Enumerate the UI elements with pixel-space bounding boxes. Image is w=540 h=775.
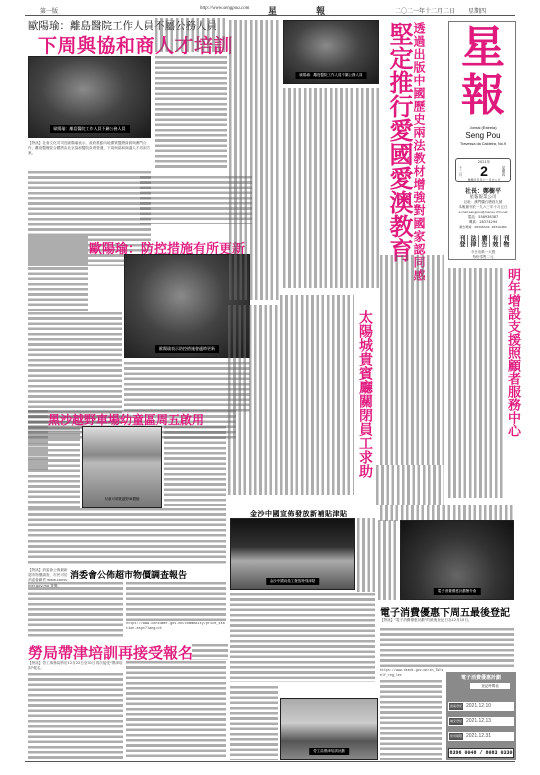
article1-photo[interactable]: 歐陽瑜：離島醫院工作人員不屬公務人員 bbox=[28, 56, 151, 138]
slogan-5: 刊物 bbox=[500, 235, 509, 247]
article8-body-col2 bbox=[126, 582, 226, 622]
center-vertical-text2 bbox=[283, 88, 379, 288]
article4-body bbox=[448, 268, 503, 498]
promo-row-1-label: 最後登記 bbox=[449, 703, 463, 710]
article6-photo-caption: 兒童可駕駛越野車體驗 bbox=[101, 496, 144, 503]
masthead-email[interactable]: e-mail:sengpou@macau.ctm.net bbox=[449, 210, 517, 214]
article6-body-bottom bbox=[28, 508, 226, 538]
article7-photo[interactable]: 金沙中國向員工發放特別津貼 bbox=[230, 518, 355, 590]
article9-photo-caption: 電子消費優惠計劃簡介會 bbox=[434, 588, 481, 595]
slogan-1: 刊登 bbox=[457, 235, 465, 247]
article8-url[interactable]: https://www.consumer.gov.mo/commodity/pr… bbox=[126, 622, 226, 636]
site-url[interactable]: http://www.sengpou.com bbox=[200, 6, 249, 11]
issue-weekday: 星期四 bbox=[468, 6, 486, 15]
promo-row-3-date: 2021.12.31 bbox=[466, 733, 491, 740]
article9-photo[interactable]: 電子消費優惠計劃簡介會 bbox=[400, 520, 514, 600]
slogan-2: 法律 bbox=[467, 235, 476, 247]
masthead-price: 每份零售二元 bbox=[449, 255, 517, 260]
article9-pre-text bbox=[380, 505, 514, 521]
article9-side-text bbox=[378, 520, 398, 600]
promo-row-2: 補充登記 2021.12.13 bbox=[448, 717, 514, 726]
article10-photo-caption: 勞工局帶津培訓計劃 bbox=[309, 748, 349, 755]
article6-photo[interactable]: 兒童可駕駛越野車體驗 bbox=[82, 426, 162, 508]
article5-headline[interactable]: 太陽城貴賓廳關閉員工求助 bbox=[357, 310, 372, 478]
article10-body-col1 bbox=[28, 673, 123, 760]
article9-url[interactable]: https://www.dsedt.gov.mo/zh_TW/self_reg_… bbox=[380, 668, 444, 678]
article8-pre-text bbox=[28, 540, 226, 566]
issue-weekday-box: 星期四 bbox=[502, 166, 507, 177]
article6-body-col2 bbox=[164, 426, 226, 506]
article3-subhead: 透過出版中國歷史兩法教材增強對國家認同感 bbox=[413, 22, 425, 282]
promo-title: 電子消費優惠計劃 bbox=[446, 674, 516, 681]
article10-photo[interactable]: 勞工局帶津培訓計劃 bbox=[280, 698, 378, 760]
center-vertical-text1 bbox=[229, 20, 281, 300]
article5-body-right bbox=[376, 465, 444, 505]
article2-lead-col bbox=[28, 236, 88, 311]
article9-body bbox=[380, 628, 514, 668]
promo-row-3: 使用期限 2021.12.31 bbox=[448, 732, 514, 741]
masthead-ad-phone: 廣告專線：28308342, 28316484 bbox=[449, 225, 517, 229]
article10-body-col2 bbox=[126, 661, 226, 760]
promo-row-1-date: 2021.12.10 bbox=[466, 703, 491, 710]
article6-body-col1 bbox=[28, 428, 80, 508]
promo-box: 電子消費優惠計劃 登記時間表 最後登記 2021.12.10 補充登記 2021… bbox=[446, 672, 516, 760]
article8-headline[interactable]: 消委會公佈超市物價調查報告 bbox=[70, 568, 187, 581]
article3-body bbox=[380, 255, 444, 465]
article3-headline[interactable]: 堅定推行愛國愛澳教育 bbox=[386, 22, 412, 262]
article10-side-text bbox=[192, 644, 228, 660]
article1-body-col2 bbox=[155, 56, 227, 168]
article1-photo-caption: 歐陽瑜：離島醫院工作人員不屬公務人員 bbox=[50, 125, 130, 133]
article7-body-bottom bbox=[230, 593, 375, 637]
article10-headline[interactable]: 勞局帶津培訓再接受報名 bbox=[28, 642, 193, 663]
article9-headline[interactable]: 電子消費優惠下周五最後登記 bbox=[380, 604, 510, 619]
issue-box: 2021年 十二月 2 星期四 農曆辛丑年十一月廿八日 bbox=[455, 158, 511, 182]
article10-lead: 【特訊】勞工事務局將於12月22日至31日再次接受"帶津培訓"報名。 bbox=[28, 661, 123, 673]
article2-photo-caption: 歐陽瑜表示防控措施會適時更新 bbox=[155, 345, 219, 353]
masthead-jornal: Jornal (Estrela) bbox=[449, 125, 517, 130]
masthead-char-star: 星 bbox=[449, 26, 517, 70]
article1-lead: 【特訊】社會文化司司長歐陽瑜表示，政府推動內地優質醫療資源與澳門合作，離島醫療綜… bbox=[28, 141, 151, 171]
article9-body-2 bbox=[380, 680, 442, 760]
promo-row-3-label: 使用期限 bbox=[449, 733, 463, 740]
promo-phone: 8396 0048 / 8083 0330 bbox=[448, 748, 514, 758]
article8-body-col1 bbox=[28, 582, 123, 637]
article5-body-left bbox=[280, 295, 354, 495]
footer-divider bbox=[25, 761, 515, 762]
issue-lunar-date: 農曆辛丑年十一月廿八日 bbox=[456, 178, 512, 182]
article7-photo-caption: 金沙中國向員工發放特別津貼 bbox=[266, 578, 320, 585]
header-divider bbox=[25, 15, 515, 16]
masthead-slogan: 刊登 法律 廣告 有效 刊物 bbox=[457, 235, 509, 247]
article9-lead: 【特訊】"電子消費優惠計劃"的最後登記日為12月10日。 bbox=[380, 618, 514, 628]
slogan-4: 有效 bbox=[489, 235, 498, 247]
masthead-char-paper: 報 bbox=[449, 74, 517, 118]
issue-date: 二〇二一年十二月二日 bbox=[395, 6, 455, 15]
promo-row-2-label: 補充登記 bbox=[449, 718, 463, 725]
slogan-3: 廣告 bbox=[478, 235, 487, 247]
article4-headline[interactable]: 明年增設支援照顧者服務中心 bbox=[505, 268, 519, 437]
article1-side-text bbox=[155, 18, 227, 52]
article7-body bbox=[357, 518, 377, 592]
article10-body-col4 bbox=[230, 686, 278, 760]
center-top-photo[interactable]: 歐陽瑜：離島醫院工作人員不屬公務人員 bbox=[283, 20, 379, 84]
article5-body-far bbox=[228, 305, 278, 495]
center-photo-caption: 歐陽瑜：離島醫院工作人員不屬公務人員 bbox=[296, 72, 367, 79]
masthead-name-pt: Seng Pou bbox=[449, 131, 517, 140]
promo-row-1: 最後登記 2021.12.10 bbox=[448, 702, 514, 711]
promo-row-2-date: 2021.12.13 bbox=[466, 718, 491, 725]
masthead-address-pt: Travessa da Caldeira, No.9 bbox=[449, 142, 517, 146]
masthead-box: 星 報 Jornal (Estrela) Seng Pou Travessa d… bbox=[448, 21, 516, 260]
promo-schedule-button[interactable]: 登記時間表 bbox=[470, 683, 510, 689]
article10-body-col3 bbox=[230, 640, 375, 682]
page-label: 第一版 bbox=[40, 6, 58, 15]
